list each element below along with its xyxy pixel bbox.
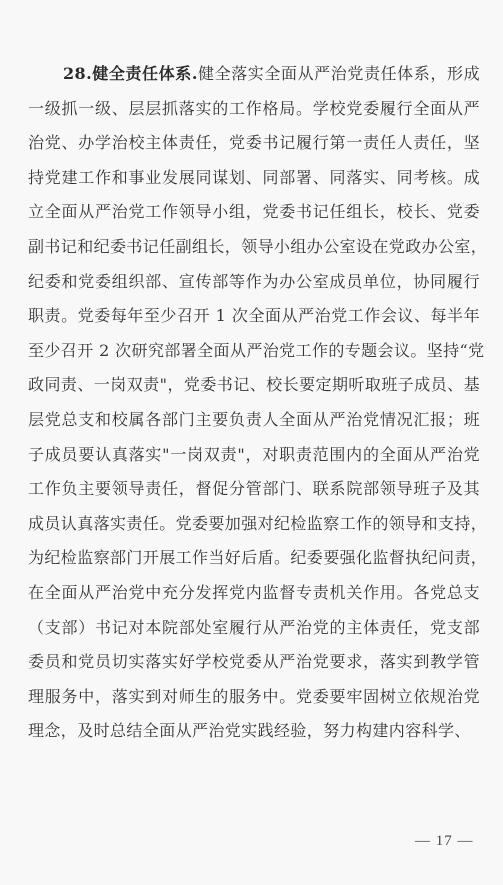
paragraph-line-15: 为纪检监察部门开展工作当好后盾。纪委要强化监督执纪问责， bbox=[28, 541, 480, 576]
paragraph-line-8: 职责。党委每年至少召开 1 次全面从严治党工作会议、每半年 bbox=[28, 299, 480, 334]
paragraph-line-3: 治党、办学治校主体责任，党委书记履行第一责任人责任，坚 bbox=[28, 126, 480, 161]
paragraph-line-16: 在全面从严治党中充分发挥党内监督专责机关作用。各党总支 bbox=[28, 576, 480, 611]
paragraph-line-10: 政同责、一岗双责"，党委书记、校长要定期听取班子成员、基 bbox=[28, 368, 480, 403]
paragraph-line-19: 理服务中，落实到对师生的服务中。党委要牢固树立依规治党 bbox=[28, 680, 480, 715]
paragraph-line-1: 28.健全责任体系.健全落实全面从严治党责任体系，形成 bbox=[28, 57, 480, 92]
body-text: 28.健全责任体系.健全落实全面从严治党责任体系，形成 一级抓一级、层层抓落实的… bbox=[28, 57, 480, 749]
paragraph-line-5: 立全面从严治党工作领导小组，党委书记任组长，校长、党委 bbox=[28, 195, 480, 230]
paragraph-line-18: 委员和党员切实落实好学校党委从严治党要求，落实到教学管 bbox=[28, 645, 480, 680]
paragraph-line-9: 至少召开 2 次研究部署全面从严治党工作的专题会议。坚持“党 bbox=[28, 334, 480, 369]
document-page: 28.健全责任体系.健全落实全面从严治党责任体系，形成 一级抓一级、层层抓落实的… bbox=[0, 0, 503, 885]
paragraph-line-4: 持党建工作和事业发展同谋划、同部署、同落实、同考核。成 bbox=[28, 161, 480, 196]
paragraph-line-17: （支部）书记对本院部处室履行从严治党的主体责任，党支部 bbox=[28, 611, 480, 646]
paragraph-line-12: 子成员要认真落实"一岗双责"，对职责范围内的全面从严治党 bbox=[28, 438, 480, 473]
paragraph-line-7: 纪委和党委组织部、宣传部等作为办公室成员单位，协同履行 bbox=[28, 265, 480, 300]
page-number: — 17 — bbox=[415, 833, 474, 850]
line-text: 健全落实全面从严治党责任体系，形成 bbox=[198, 64, 480, 83]
section-heading: 28.健全责任体系. bbox=[63, 64, 198, 83]
paragraph-line-13: 工作负主要领导责任，督促分管部门、联系院部领导班子及其 bbox=[28, 472, 480, 507]
paragraph-line-20: 理念，及时总结全面从严治党实践经验，努力构建内容科学、 bbox=[28, 714, 480, 749]
paragraph-line-2: 一级抓一级、层层抓落实的工作格局。学校党委履行全面从严 bbox=[28, 92, 480, 127]
paragraph-line-14: 成员认真落实责任。党委要加强对纪检监察工作的领导和支持， bbox=[28, 507, 480, 542]
paragraph-line-11: 层党总支和校属各部门主要负责人全面从严治党情况汇报；班 bbox=[28, 403, 480, 438]
paragraph-line-6: 副书记和纪委书记任副组长，领导小组办公室设在党政办公室， bbox=[28, 230, 480, 265]
